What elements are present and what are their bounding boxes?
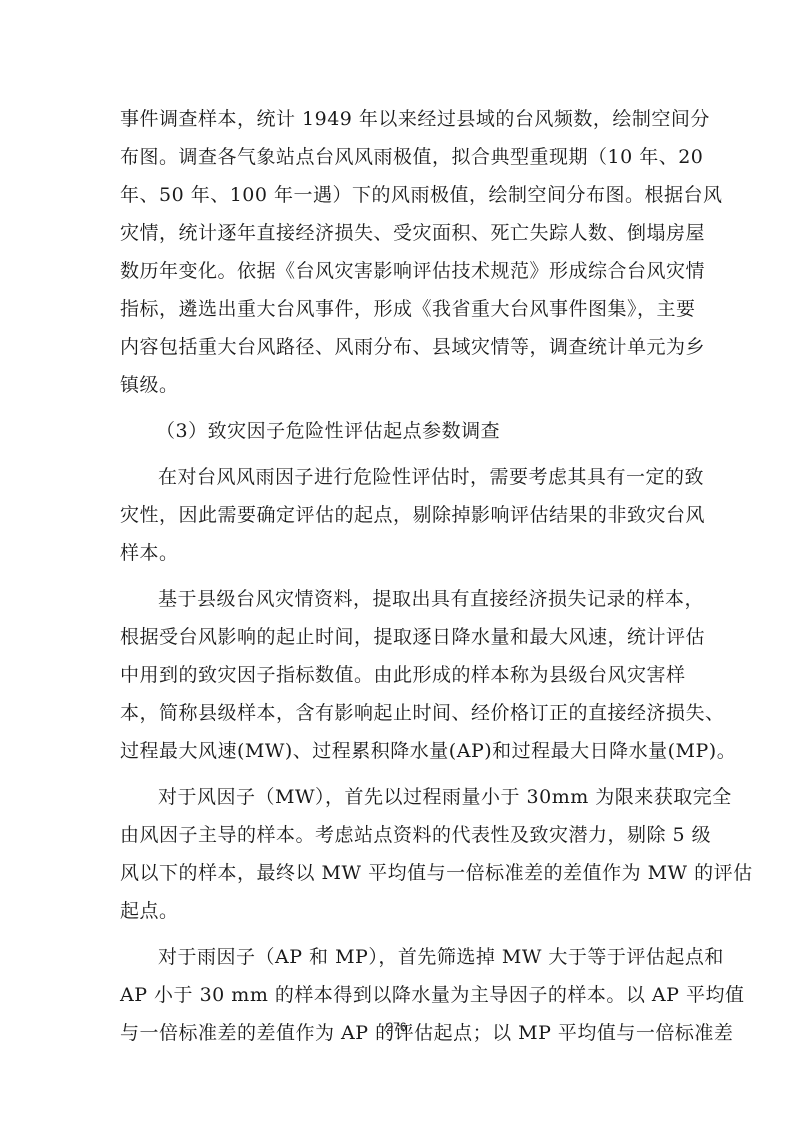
text-line: 布图。调查各气象站点台风风雨极值，拟合典型重现期（10 年、20: [120, 138, 673, 176]
paragraph-threshold-intro: 在对台风风雨因子进行危险性评估时，需要考虑其具有一定的致 灾性，因此需要确定评估…: [120, 458, 673, 572]
text-line: AP 小于 30 mm 的样本得到以降水量为主导因子的样本。以 AP 平均值: [120, 976, 673, 1014]
text-line: 镇级。: [120, 366, 673, 404]
text-line: 根据受台风影响的起止时间，提取逐日降水量和最大风速，统计评估: [120, 618, 673, 656]
section-heading: （3）致灾因子危险性评估起点参数调查: [120, 412, 673, 450]
body-text: 事件调查样本，统计 1949 年以来经过县域的台风频数，绘制空间分 布图。调查各…: [120, 100, 673, 1052]
text-line: 基于县级台风灾情资料，提取出具有直接经济损失记录的样本，: [120, 580, 673, 618]
text-line: 内容包括重大台风路径、风雨分布、县域灾情等，调查统计单元为乡: [120, 328, 673, 366]
text-line: 事件调查样本，统计 1949 年以来经过县域的台风频数，绘制空间分: [120, 100, 673, 138]
document-page: 事件调查样本，统计 1949 年以来经过县域的台风频数，绘制空间分 布图。调查各…: [0, 0, 793, 1122]
paragraph-county-samples: 基于县级台风灾情资料，提取出具有直接经济损失记录的样本， 根据受台风影响的起止时…: [120, 580, 673, 770]
text-line: 灾性，因此需要确定评估的起点，剔除掉影响评估结果的非致灾台风: [120, 496, 673, 534]
text-line: 中用到的致灾因子指标数值。由此形成的样本称为县级台风灾害样: [120, 656, 673, 694]
text-line: 指标，遴选出重大台风事件，形成《我省重大台风事件图集》，主要: [120, 290, 673, 328]
text-line: 起点。: [120, 892, 673, 930]
text-line: 灾情，统计逐年直接经济损失、受灾面积、死亡失踪人数、倒塌房屋: [120, 214, 673, 252]
text-line: 风以下的样本，最终以 MW 平均值与一倍标准差的差值作为 MW 的评估: [120, 854, 673, 892]
text-line: 在对台风风雨因子进行危险性评估时，需要考虑其具有一定的致: [120, 458, 673, 496]
text-line: 对于风因子（MW），首先以过程雨量小于 30mm 为限来获取完全: [120, 778, 673, 816]
text-line: 由风因子主导的样本。考虑站点资料的代表性及致灾潜力，剔除 5 级: [120, 816, 673, 854]
page-number: 276: [0, 1020, 793, 1034]
text-line: 年、50 年、100 年一遇）下的风雨极值，绘制空间分布图。根据台风: [120, 176, 673, 214]
paragraph-rain-factor: 对于雨因子（AP 和 MP），首先筛选掉 MW 大于等于评估起点和 AP 小于 …: [120, 938, 673, 1052]
text-line: 过程最大风速(MW)、过程累积降水量(AP)和过程最大日降水量(MP)。: [120, 732, 673, 770]
text-line: 对于雨因子（AP 和 MP），首先筛选掉 MW 大于等于评估起点和: [120, 938, 673, 976]
text-line: 本，简称县级样本，含有影响起止时间、经价格订正的直接经济损失、: [120, 694, 673, 732]
section-heading-text: （3）致灾因子危险性评估起点参数调查: [120, 412, 673, 450]
paragraph-wind-factor: 对于风因子（MW），首先以过程雨量小于 30mm 为限来获取完全 由风因子主导的…: [120, 778, 673, 930]
paragraph-typhoon-survey: 事件调查样本，统计 1949 年以来经过县域的台风频数，绘制空间分 布图。调查各…: [120, 100, 673, 404]
text-line: 样本。: [120, 534, 673, 572]
text-line: 数历年变化。依据《台风灾害影响评估技术规范》形成综合台风灾情: [120, 252, 673, 290]
